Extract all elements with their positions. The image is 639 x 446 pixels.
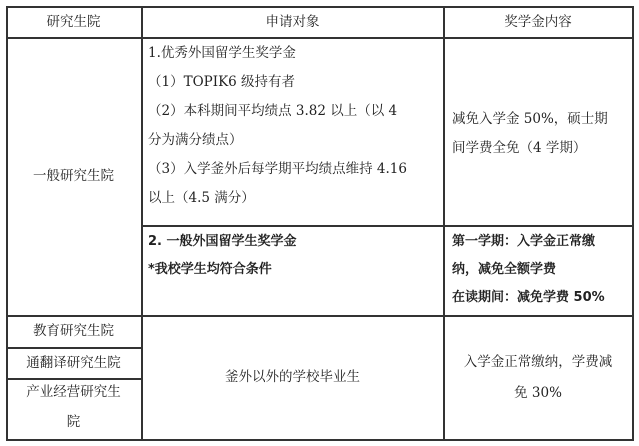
- target-line: （2）本科期间平均绩点 3.82 以上（以 4: [148, 100, 440, 123]
- content-line: 纳，减免全额学费: [452, 258, 632, 281]
- target-line: *我校学生均符合条件: [148, 258, 440, 281]
- school-line: 院: [6, 411, 141, 434]
- border-bottom: [6, 439, 633, 441]
- target-excellent-scholarship: 1.优秀外国留学生奖学金 （1）TOPIK6 级持有者 （2）本科期间平均绩点 …: [148, 42, 440, 210]
- content-general-scholarship: 第一学期：入学金正常缴 纳，减免全额学费 在读期间：减免学费 50%: [452, 230, 632, 309]
- school-education: 教育研究生院: [6, 316, 141, 347]
- content-line: 第一学期：入学金正常缴: [452, 230, 632, 253]
- header-content: 奖学金内容: [444, 6, 632, 38]
- target-general-scholarship: 2. 一般外国留学生奖学金 *我校学生均符合条件: [148, 230, 440, 281]
- target-line: 2. 一般外国留学生奖学金: [148, 230, 440, 253]
- target-line: 分为满分绩点）: [148, 129, 440, 152]
- target-line: 以上（4.5 满分）: [148, 187, 440, 210]
- border-right: [632, 6, 634, 441]
- content-excellent-scholarship: 减免入学金 50%，硕士期 间学费全免（4 学期）: [452, 108, 632, 160]
- target-line: 1.优秀外国留学生奖学金: [148, 42, 440, 65]
- target-line: （1）TOPIK6 级持有者: [148, 71, 440, 94]
- header-school: 研究生院: [6, 6, 141, 38]
- content-line: 在读期间：减免学费 50%: [452, 286, 632, 309]
- school-translation: 通翻译研究生院: [6, 348, 141, 378]
- content-line: 减免入学金 50%，硕士期: [452, 108, 632, 131]
- row1-subdivider: [141, 225, 633, 227]
- content-line: 间学费全免（4 学期）: [452, 137, 632, 160]
- school-industrial-management: 产业经营研究生 院: [6, 381, 141, 434]
- content-other-graduates: 入学金正常缴纳，学费减 免 30%: [444, 316, 632, 439]
- school-divider-2: [6, 378, 141, 380]
- content-line: 入学金正常缴纳，学费减: [464, 351, 613, 374]
- target-line: （3）入学釜外后每学期平均绩点维持 4.16: [148, 158, 440, 181]
- target-other-graduates: 釜外以外的学校毕业生: [142, 316, 443, 439]
- school-line: 产业经营研究生: [6, 381, 141, 404]
- header-target: 申请对象: [142, 6, 443, 38]
- school-general: 一般研究生院: [6, 38, 141, 315]
- content-line: 免 30%: [514, 382, 562, 405]
- scholarship-table: 研究生院 申请对象 奖学金内容 一般研究生院 1.优秀外国留学生奖学金 （1）T…: [6, 6, 633, 440]
